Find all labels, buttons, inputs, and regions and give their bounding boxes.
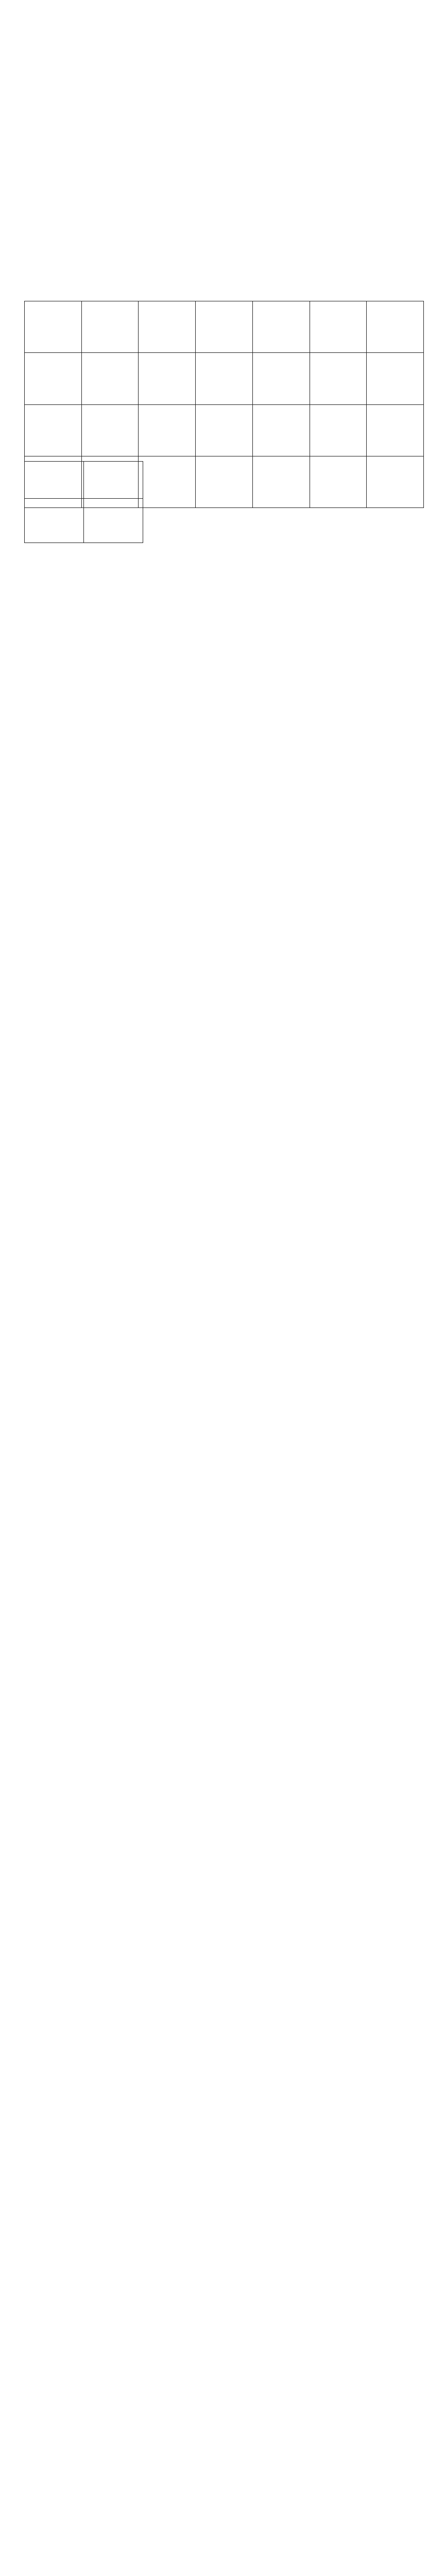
- table-row-answers: [25, 499, 143, 543]
- table-cell: [139, 405, 196, 456]
- table-cell: [367, 353, 424, 405]
- table-cell: [139, 301, 196, 353]
- table-cell: [81, 405, 139, 456]
- table-cell: [310, 353, 367, 405]
- table-cell: [84, 462, 143, 499]
- table-cell: [25, 499, 84, 543]
- table-row-numbers-2: [25, 405, 424, 456]
- answer-table-part2: [24, 461, 143, 543]
- table-cell: [310, 301, 367, 353]
- table-cell: [81, 301, 139, 353]
- table-cell: [25, 405, 82, 456]
- table-row-numbers-1: [25, 301, 424, 353]
- table-cell: [252, 353, 310, 405]
- table-row-answers-1: [25, 353, 424, 405]
- table-cell: [367, 405, 424, 456]
- table-cell: [196, 456, 253, 508]
- table-cell: [252, 405, 310, 456]
- table-cell: [139, 456, 196, 508]
- table-cell: [139, 353, 196, 405]
- table-cell: [196, 353, 253, 405]
- table-cell: [310, 405, 367, 456]
- table-cell: [196, 405, 253, 456]
- table-cell: [252, 301, 310, 353]
- table-cell: [367, 456, 424, 508]
- table-cell: [25, 301, 82, 353]
- table-row-numbers: [25, 462, 143, 499]
- page-1-2: [0, 0, 445, 1256]
- table-cell: [84, 499, 143, 543]
- table-cell: [252, 456, 310, 508]
- table-cell: [81, 353, 139, 405]
- table-cell: [25, 462, 84, 499]
- table-cell: [196, 301, 253, 353]
- table-cell: [310, 456, 367, 508]
- table-cell: [367, 301, 424, 353]
- table-cell: [25, 353, 82, 405]
